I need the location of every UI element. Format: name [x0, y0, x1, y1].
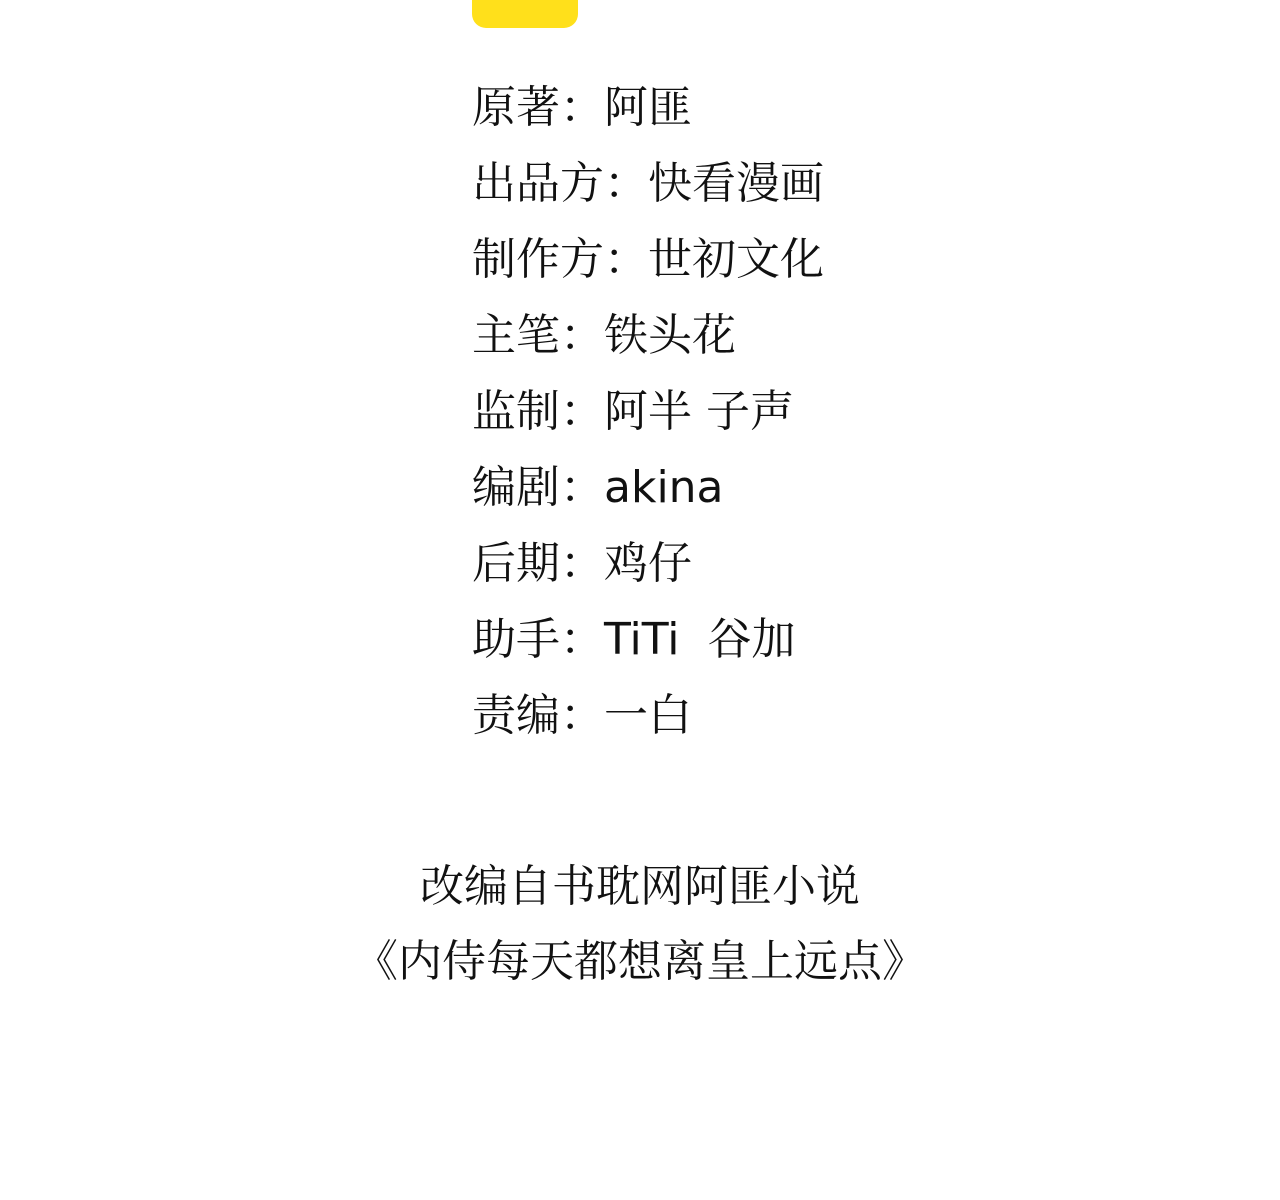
credit-value: akina	[604, 463, 724, 513]
credits-list: 原著：阿匪 出品方：快看漫画 制作方：世初文化 主笔：铁头花 监制：阿半 子声 …	[472, 83, 824, 767]
credit-label: 制作方	[472, 235, 604, 285]
credit-label: 主笔	[472, 311, 560, 361]
credit-label: 后期	[472, 539, 560, 589]
credit-value: 一白	[604, 691, 692, 741]
credit-value: 阿半 子声	[604, 387, 794, 437]
credit-value: 阿匪	[604, 83, 692, 133]
credit-value: 鸡仔	[604, 539, 692, 589]
novel-title: 《内侍每天都想离皇上远点》	[0, 937, 1280, 987]
credit-separator: ：	[560, 691, 604, 741]
credit-row-supervisor: 监制：阿半 子声	[472, 387, 824, 463]
credit-label: 出品方	[472, 159, 604, 209]
credit-row-producer: 制作方：世初文化	[472, 235, 824, 311]
credit-row-lead-artist: 主笔：铁头花	[472, 311, 824, 387]
adaptation-source-text: 改编自书耽网阿匪小说	[0, 862, 1280, 912]
credit-separator: ：	[560, 463, 604, 513]
credit-separator: ：	[560, 387, 604, 437]
credit-row-assistants: 助手：TiTi 谷加	[472, 615, 824, 691]
credit-separator: ：	[604, 159, 648, 209]
credit-label: 编剧	[472, 463, 560, 513]
credit-value: TiTi 谷加	[604, 615, 795, 665]
credit-separator: ：	[604, 235, 648, 285]
credit-separator: ：	[560, 539, 604, 589]
credit-label: 原著	[472, 83, 560, 133]
credit-row-original-author: 原著：阿匪	[472, 83, 824, 159]
credit-row-screenwriter: 编剧：akina	[472, 463, 824, 539]
credit-value: 快看漫画	[648, 159, 824, 209]
credit-label: 助手	[472, 615, 560, 665]
credit-label: 责编	[472, 691, 560, 741]
credit-row-publisher: 出品方：快看漫画	[472, 159, 824, 235]
credit-label: 监制	[472, 387, 560, 437]
credit-value: 铁头花	[604, 311, 736, 361]
header-yellow-badge	[472, 0, 578, 28]
credit-value: 世初文化	[648, 235, 824, 285]
credit-separator: ：	[560, 615, 604, 665]
credit-row-editor: 责编：一白	[472, 691, 824, 767]
credit-separator: ：	[560, 311, 604, 361]
credit-row-post-production: 后期：鸡仔	[472, 539, 824, 615]
credit-separator: ：	[560, 83, 604, 133]
